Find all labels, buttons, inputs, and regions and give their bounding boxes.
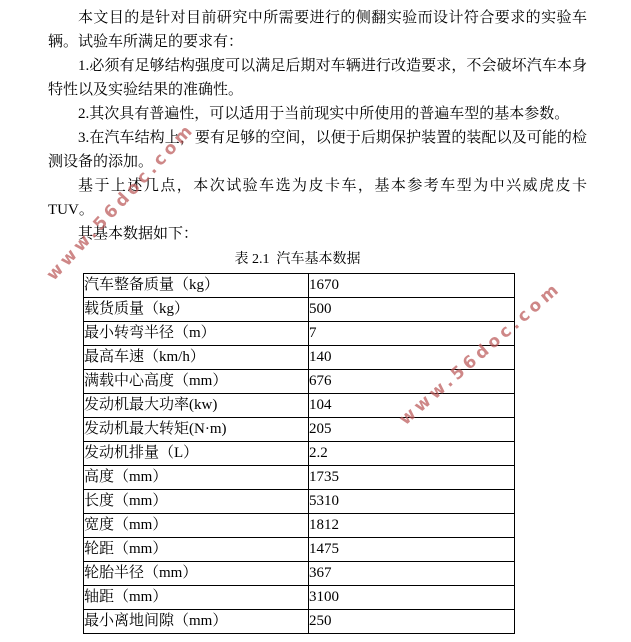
spec-value: 250 [309,610,515,634]
table-row: 载货质量（kg） 500 [84,298,515,322]
table-row: 满载中心高度（mm） 676 [84,370,515,394]
spec-value: 140 [309,346,515,370]
spec-label: 载货质量（kg） [84,298,309,322]
table-row: 轴距（mm） 3100 [84,586,515,610]
spec-value: 2.2 [309,442,515,466]
paragraph-requirement-1: 1.必须有足够结构强度可以满足后期对车辆进行改造要求，不会破坏汽车本身特性以及实… [48,54,587,102]
spec-value: 1670 [309,274,515,298]
spec-label: 发动机排量（L） [84,442,309,466]
table-row: 最高车速（km/h） 140 [84,346,515,370]
spec-value: 1475 [309,538,515,562]
spec-value: 104 [309,394,515,418]
table-row: 汽车整备质量（kg） 1670 [84,274,515,298]
spec-value: 205 [309,418,515,442]
spec-label: 满载中心高度（mm） [84,370,309,394]
spec-label: 轮距（mm） [84,538,309,562]
spec-value: 7 [309,322,515,346]
table-row: 宽度（mm） 1812 [84,514,515,538]
table-row: 轮胎半径（mm） 367 [84,562,515,586]
spec-label: 发动机最大转矩(N·m) [84,418,309,442]
spec-label: 高度（mm） [84,466,309,490]
spec-label: 最高车速（km/h） [84,346,309,370]
spec-label: 宽度（mm） [84,514,309,538]
vehicle-basic-data-table: 汽车整备质量（kg） 1670 载货质量（kg） 500 最小转弯半径（m） 7… [83,273,515,634]
spec-label: 发动机最大功率(kw) [84,394,309,418]
paragraph-intro: 本文目的是针对目前研究中所需要进行的侧翻实验而设计符合要求的实验车辆。试验车所满… [48,6,587,54]
spec-value: 1735 [309,466,515,490]
table-row: 高度（mm） 1735 [84,466,515,490]
document-page: 本文目的是针对目前研究中所需要进行的侧翻实验而设计符合要求的实验车辆。试验车所满… [0,0,631,642]
spec-label: 长度（mm） [84,490,309,514]
spec-value: 676 [309,370,515,394]
table-row: 发动机排量（L） 2.2 [84,442,515,466]
paragraph-requirement-2: 2.其次具有普遍性，可以适用于当前现实中所使用的普遍车型的基本参数。 [48,102,587,126]
spec-value: 3100 [309,586,515,610]
paragraph-conclusion: 基于上述几点，本次试验车选为皮卡车，基本参考车型为中兴威虎皮卡 TUV。 [48,174,587,222]
table-row: 最小离地间隙（mm） 250 [84,610,515,634]
table-row: 发动机最大转矩(N·m) 205 [84,418,515,442]
spec-label: 汽车整备质量（kg） [84,274,309,298]
table-row: 最小转弯半径（m） 7 [84,322,515,346]
spec-value: 5310 [309,490,515,514]
table-caption: 表 2.1 汽车基本数据 [83,250,512,270]
table-row: 长度（mm） 5310 [84,490,515,514]
spec-label: 轴距（mm） [84,586,309,610]
spec-label: 最小转弯半径（m） [84,322,309,346]
table-row: 发动机最大功率(kw) 104 [84,394,515,418]
spec-value: 367 [309,562,515,586]
table-row: 轮距（mm） 1475 [84,538,515,562]
paragraph-requirement-3: 3.在汽车结构上，要有足够的空间，以便于后期保护装置的装配以及可能的检测设备的添… [48,126,587,174]
spec-label: 最小离地间隙（mm） [84,610,309,634]
spec-value: 500 [309,298,515,322]
paragraph-data-lead-in: 其基本数据如下： [48,222,587,246]
spec-label: 轮胎半径（mm） [84,562,309,586]
spec-value: 1812 [309,514,515,538]
